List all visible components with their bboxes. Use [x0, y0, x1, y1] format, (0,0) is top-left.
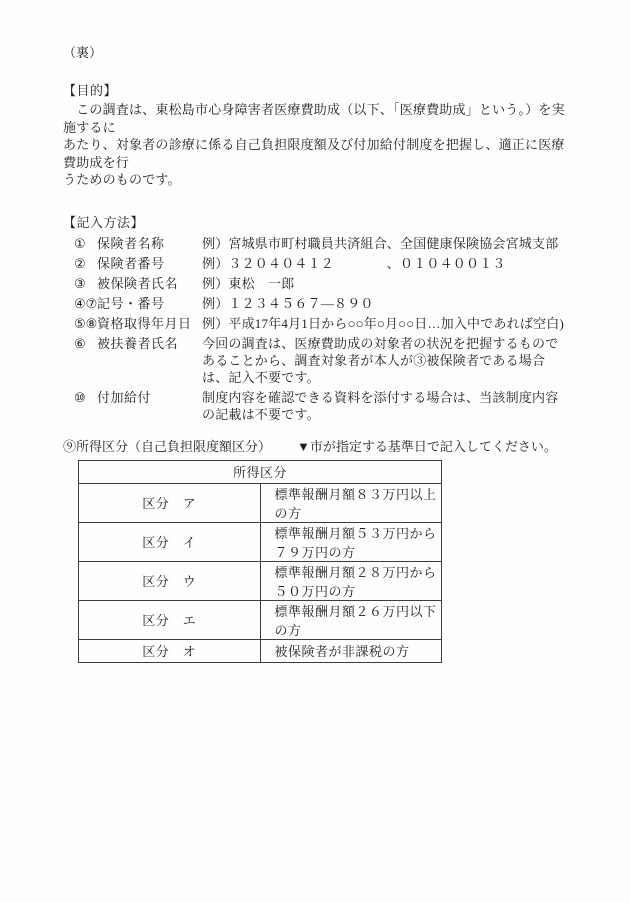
item-label: 保険者名称	[97, 235, 202, 252]
item-label: 保険者番号	[97, 255, 202, 272]
item-label: 資格取得年月日	[97, 315, 202, 332]
item-number: ⑤⑧	[63, 315, 97, 332]
description-cell: 標準報酬月額２８万円から５０万円の方	[260, 561, 442, 600]
purpose-paragraph: この調査は、東松島市心身障害者医療費助成（以下、「医療費助成」という。）を実施す…	[63, 101, 574, 189]
item-description: 今回の調査は、医療費助成の対象者の状況を把握するものであることから、調査対象者が…	[202, 335, 570, 386]
side-label: （裏）	[63, 45, 574, 61]
item-description: 例）宮城県市町村職員共済組合、全国健康保険協会宮城支部	[202, 235, 570, 252]
table-row: 区分 ア 標準報酬月額８３万円以上の方	[79, 483, 442, 522]
item-number: ④⑦	[63, 295, 97, 312]
table-row: 区分 オ 被保険者が非課税の方	[79, 639, 442, 662]
category-cell: 区分 オ	[79, 639, 261, 662]
instruction-item-kigo-bango: ④⑦ 記号・番号 例）１２３４５６７―８９０	[63, 295, 574, 312]
purpose-line: あたり、対象者の診療に係る自己負担限度額及び付加給付制度を把握し、適正に医療費助…	[63, 136, 574, 171]
description-cell: 標準報酬月額５３万円から７９万円の方	[260, 522, 442, 561]
table-header-row: 所得区分	[79, 460, 442, 483]
table-row: 区分 ウ 標準報酬月額２８万円から５０万円の方	[79, 561, 442, 600]
item-description: 例）東松 一郎	[202, 275, 570, 292]
purpose-line: この調査は、東松島市心身障害者医療費助成（以下、「医療費助成」という。）を実施す…	[63, 101, 574, 136]
instruction-item-hokensha-bango: ② 保険者番号 例）３２０４０４１２ 、０１０４００１３	[63, 255, 574, 272]
item-description: 例）１２３４５６７―８９０	[202, 295, 570, 312]
table-header-cell: 所得区分	[79, 460, 442, 483]
category-cell: 区分 ウ	[79, 561, 261, 600]
item-number: ①	[63, 235, 97, 252]
item-number: ③	[63, 275, 97, 292]
item-number: ⑥	[63, 335, 97, 352]
income-category-note: ▼市が指定する基準日で記入してください。	[297, 439, 557, 455]
purpose-heading: 【目的】	[63, 83, 574, 99]
item-label: 記号・番号	[97, 295, 202, 312]
item-number: ⑩	[63, 389, 97, 406]
item-label: 付加給付	[97, 389, 202, 406]
item-label: 被扶養者氏名	[97, 335, 202, 352]
instructions-list: ① 保険者名称 例）宮城県市町村職員共済組合、全国健康保険協会宮城支部 ② 保険…	[63, 235, 574, 423]
item-number: ②	[63, 255, 97, 272]
instruction-item-hokensha-meisho: ① 保険者名称 例）宮城県市町村職員共済組合、全国健康保険協会宮城支部	[63, 235, 574, 252]
category-cell: 区分 イ	[79, 522, 261, 561]
category-cell: 区分 ア	[79, 483, 261, 522]
item-description: 例）平成17年4月1日から○○年○月○○日…加入中であれば空白)	[202, 315, 570, 332]
instruction-item-fuka-kyufu: ⑩ 付加給付 制度内容を確認できる資料を添付する場合は、当該制度内容の記載は不要…	[63, 389, 574, 423]
income-category-table: 所得区分 区分 ア 標準報酬月額８３万円以上の方 区分 イ 標準報酬月額５３万円…	[78, 460, 442, 663]
income-category-label: ⑨所得区分（自己負担限度額区分）	[63, 439, 271, 455]
income-category-heading-row: ⑨所得区分（自己負担限度額区分） ▼市が指定する基準日で記入してください。	[63, 439, 574, 455]
instruction-item-hifuyosha-shimei: ⑥ 被扶養者氏名 今回の調査は、医療費助成の対象者の状況を把握するものであること…	[63, 335, 574, 386]
item-label: 被保険者氏名	[97, 275, 202, 292]
category-cell: 区分 エ	[79, 600, 261, 639]
description-cell: 標準報酬月額８３万円以上の方	[260, 483, 442, 522]
description-cell: 被保険者が非課税の方	[260, 639, 442, 662]
instructions-heading: 【記入方法】	[63, 215, 574, 231]
item-description: 制度内容を確認できる資料を添付する場合は、当該制度内容の記載は不要です。	[202, 389, 570, 423]
item-description: 例）３２０４０４１２ 、０１０４００１３	[202, 255, 570, 272]
table-row: 区分 イ 標準報酬月額５３万円から７９万円の方	[79, 522, 442, 561]
description-cell: 標準報酬月額２６万円以下の方	[260, 600, 442, 639]
purpose-line: うためのものです。	[63, 171, 574, 189]
document-page: （裏） 【目的】 この調査は、東松島市心身障害者医療費助成（以下、「医療費助成」…	[0, 0, 630, 903]
table-row: 区分 エ 標準報酬月額２６万円以下の方	[79, 600, 442, 639]
instruction-item-hihokensha-shimei: ③ 被保険者氏名 例）東松 一郎	[63, 275, 574, 292]
page-content: （裏） 【目的】 この調査は、東松島市心身障害者医療費助成（以下、「医療費助成」…	[0, 0, 630, 663]
instruction-item-shikaku-shutoku: ⑤⑧ 資格取得年月日 例）平成17年4月1日から○○年○月○○日…加入中であれば…	[63, 315, 574, 332]
